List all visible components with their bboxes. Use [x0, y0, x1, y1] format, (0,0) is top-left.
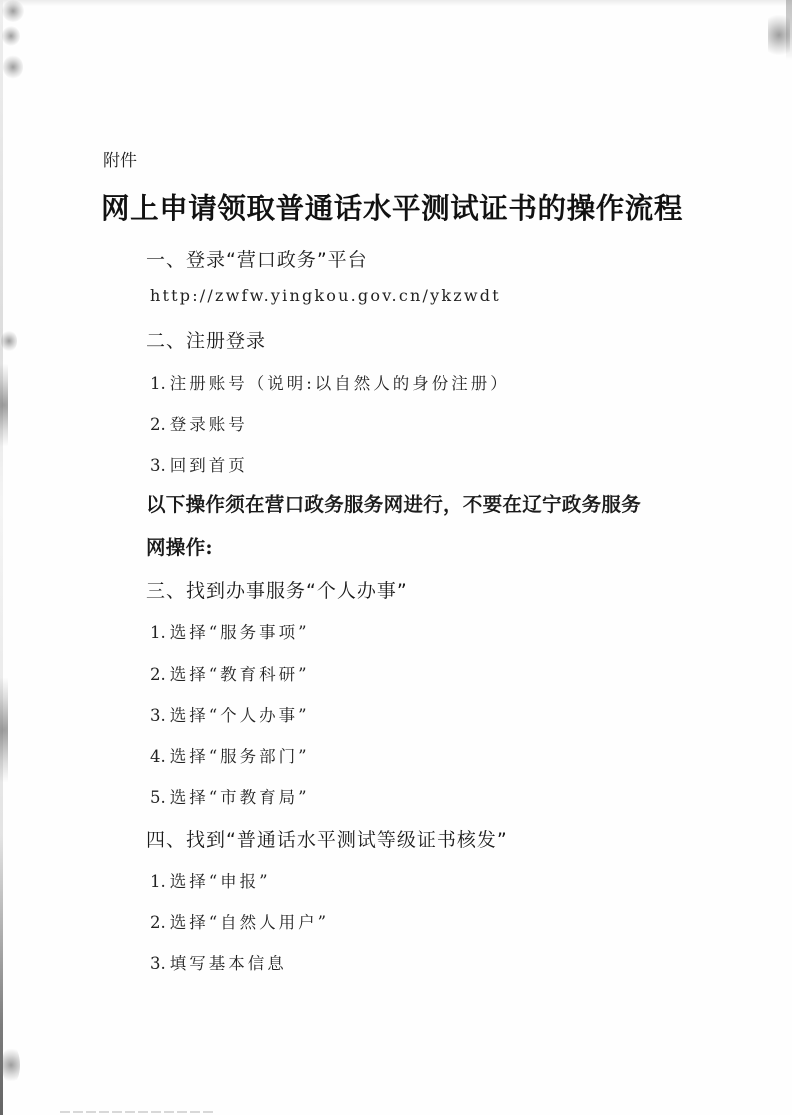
scan-edge-bottom: [60, 1111, 215, 1113]
step-item: 2.选择“自然人用户”: [150, 909, 329, 933]
step-number: 3.: [150, 706, 166, 725]
attachment-label: 附件: [103, 146, 137, 171]
section-heading-4: 四、找到“普通话水平测试等级证书核发”: [146, 825, 508, 852]
step-item: 4.选择“服务部门”: [150, 743, 310, 767]
step-number: 4.: [150, 747, 166, 766]
step-number: 1.: [150, 872, 166, 891]
step-item: 1.选择“服务事项”: [150, 619, 310, 643]
scan-speckle: [2, 1045, 20, 1085]
step-item: 2.登录账号: [150, 411, 248, 435]
scan-speckle: [0, 660, 8, 800]
document-title: 网上申请领取普通话水平测试证书的操作流程: [101, 186, 683, 227]
step-number: 1.: [150, 374, 166, 393]
scan-speckle: [1, 330, 17, 352]
step-text: 选择“申报”: [170, 872, 271, 891]
step-text: 选择“服务部门”: [170, 747, 310, 766]
scan-speckle: [2, 0, 24, 22]
scan-speckle: [3, 55, 23, 79]
note-line: 以下操作须在营口政务服务网进行，不要在辽宁政务服务: [146, 489, 641, 517]
step-text: 回到首页: [170, 456, 248, 475]
section-heading-3: 三、找到办事服务“个人办事”: [146, 576, 408, 603]
step-number: 3.: [150, 456, 166, 475]
step-number: 2.: [150, 913, 166, 932]
step-item: 3.选择“个人办事”: [150, 702, 310, 726]
step-text: 填写基本信息: [170, 954, 287, 973]
step-text: 注册账号（说明:以自然人的身份注册）: [170, 374, 510, 393]
step-text: 选择“服务事项”: [170, 623, 310, 642]
step-text: 选择“个人办事”: [170, 706, 310, 725]
section-heading-1: 一、登录“营口政务”平台: [146, 245, 368, 272]
note-line: 网操作:: [146, 532, 213, 560]
step-number: 3.: [150, 954, 166, 973]
platform-url: http://zwfw.yingkou.gov.cn/ykzwdt: [150, 286, 501, 305]
scan-shadow-top: [0, 0, 792, 6]
step-item: 1.注册账号（说明:以自然人的身份注册）: [150, 370, 510, 394]
scanned-page: 附件 网上申请领取普通话水平测试证书的操作流程 一、登录“营口政务”平台 htt…: [0, 0, 792, 1115]
step-item: 5.选择“市教育局”: [150, 784, 310, 808]
step-number: 2.: [150, 665, 166, 684]
step-number: 5.: [150, 788, 166, 807]
scan-speckle: [0, 350, 8, 460]
step-number: 2.: [150, 415, 166, 434]
step-number: 1.: [150, 623, 166, 642]
scan-edge-left: [0, 0, 3, 1115]
scan-speckle: [768, 10, 790, 60]
section-heading-2: 二、注册登录: [146, 326, 266, 353]
step-item: 2.选择“教育科研”: [150, 661, 310, 685]
step-text: 选择“自然人用户”: [170, 913, 329, 932]
step-item: 3.填写基本信息: [150, 950, 287, 974]
step-text: 登录账号: [170, 415, 248, 434]
step-text: 选择“教育科研”: [170, 665, 310, 684]
step-text: 选择“市教育局”: [170, 788, 310, 807]
step-item: 3.回到首页: [150, 452, 248, 476]
step-item: 1.选择“申报”: [150, 868, 271, 892]
scan-speckle: [2, 26, 20, 46]
